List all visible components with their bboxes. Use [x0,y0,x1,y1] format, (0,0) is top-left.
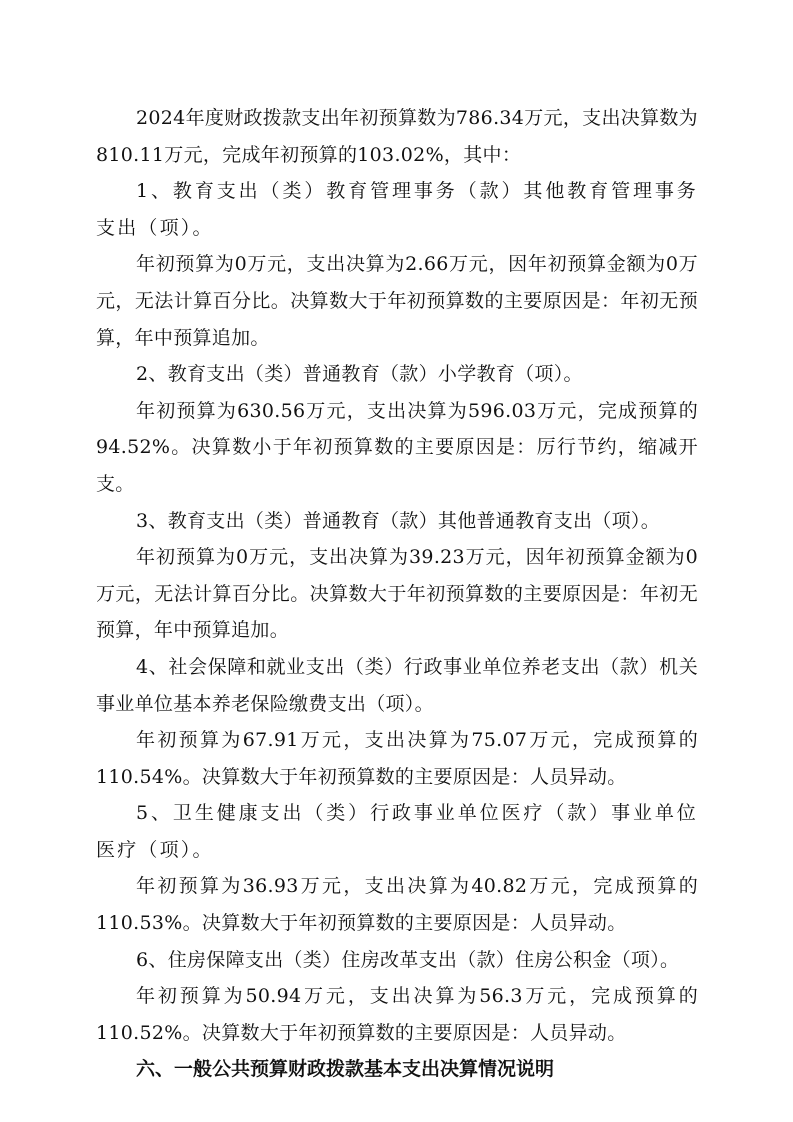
paragraph-item-3-title: 3、教育支出（类）普通教育（款）其他普通教育支出（项）。 [96,503,698,540]
paragraph-item-4-title: 4、社会保障和就业支出（类）行政事业单位养老支出（款）机关事业单位基本养老保险缴… [96,649,698,722]
paragraph-item-5-title: 5、卫生健康支出（类）行政事业单位医疗（款）事业单位医疗（项）。 [96,795,698,868]
paragraph-item-6-title: 6、住房保障支出（类）住房改革支出（款）住房公积金（项）。 [96,942,698,979]
paragraph-item-2-detail: 年初预算为630.56万元，支出决算为596.03万元，完成预算的94.52%。… [96,393,698,503]
paragraph-summary: 2024年度财政拨款支出年初预算数为786.34万元，支出决算数为810.11万… [96,100,698,173]
paragraph-item-4-detail: 年初预算为67.91万元，支出决算为75.07万元，完成预算的110.54%。决… [96,722,698,795]
paragraph-item-1-title: 1、教育支出（类）教育管理事务（款）其他教育管理事务支出（项）。 [96,173,698,246]
paragraph-item-6-detail: 年初预算为50.94万元，支出决算为56.3万元，完成预算的110.52%。决算… [96,978,698,1051]
document-page: 2024年度财政拨款支出年初预算数为786.34万元，支出决算数为810.11万… [96,100,698,1088]
paragraph-item-3-detail: 年初预算为0万元，支出决算为39.23万元，因年初预算金额为0万元，无法计算百分… [96,539,698,649]
paragraph-item-1-detail: 年初预算为0万元，支出决算为2.66万元，因年初预算金额为0万元，无法计算百分比… [96,246,698,356]
section-heading: 六、一般公共预算财政拨款基本支出决算情况说明 [96,1051,698,1088]
paragraph-item-5-detail: 年初预算为36.93万元，支出决算为40.82万元，完成预算的110.53%。决… [96,868,698,941]
paragraph-item-2-title: 2、教育支出（类）普通教育（款）小学教育（项）。 [96,356,698,393]
